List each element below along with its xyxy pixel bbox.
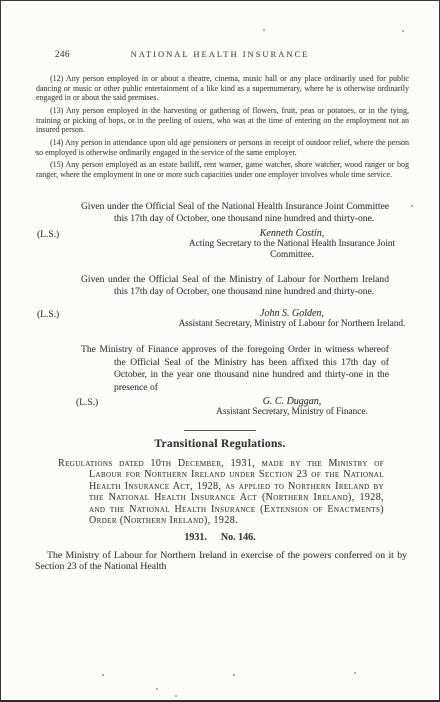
regulations-preamble: Regulations dated 10th December, 1931, m… [89,458,384,527]
clause-12: (12) Any person employed in or about a t… [36,74,409,103]
seal-block-joint-committee: (L.S.) Kenneth Costin, Acting Secretary … [37,228,417,262]
scan-speck [102,674,104,676]
scan-speck [35,151,37,153]
signature-title: Assistant Secretary, Ministry of Labour … [167,319,417,330]
signature-name: Kenneth Costin, [167,228,417,239]
seal-block-ministry-finance: (L.S.) G. C. Duggan, Assistant Secretary… [37,396,417,418]
clause-13: (13) Any person employed in the harvesti… [36,106,409,135]
scan-speck [411,205,413,207]
scan-speck [354,672,356,674]
signature-title: Assistant Secretary, Ministry of Finance… [167,407,417,418]
statutory-citation: 1931. No. 146. [1,532,439,543]
scanned-document-page: 246 NATIONAL HEALTH INSURANCE (12) Any p… [0,0,440,702]
scan-speck [156,688,158,690]
signature-title: Acting Secretary to the National Health … [167,239,417,262]
page-number: 246 [55,49,70,59]
attestation-ministry-finance: The Ministry of Finance approves of the … [114,344,389,394]
running-head: 246 NATIONAL HEALTH INSURANCE [1,49,439,61]
opening-paragraph: The Ministry of Labour for Northern Irel… [35,550,407,572]
scan-speck [175,695,177,697]
clause-15: (15) Any person employed as an estate ba… [36,160,409,179]
citation-number: No. 146. [221,532,256,543]
seal-mark: (L.S.) [37,308,97,320]
signature-block: G. C. Duggan, Assistant Secretary, Minis… [167,396,417,418]
signature-name: John S. Golden, [167,308,417,319]
scan-speck [263,29,265,31]
scan-speck [402,30,404,32]
citation-year: 1931. [184,532,207,543]
section-heading: Transitional Regulations. [1,438,439,450]
signature-name: G. C. Duggan, [167,396,417,407]
attestation-ministry-labour: Given under the Official Seal of the Min… [114,274,389,299]
seal-mark: (L.S.) [76,396,136,408]
signature-block: John S. Golden, Assistant Secretary, Min… [167,308,417,330]
attestation-joint-committee: Given under the Official Seal of the Nat… [114,201,389,226]
section-divider [184,430,256,431]
seal-mark: (L.S.) [37,228,97,240]
signature-block: Kenneth Costin, Acting Secretary to the … [167,228,417,262]
clause-list: (12) Any person employed in or about a t… [36,74,409,180]
scan-speck [233,674,235,676]
clause-14: (14) Any person in attendance upon old a… [36,138,409,157]
seal-block-ministry-labour: (L.S.) John S. Golden, Assistant Secreta… [37,308,417,330]
